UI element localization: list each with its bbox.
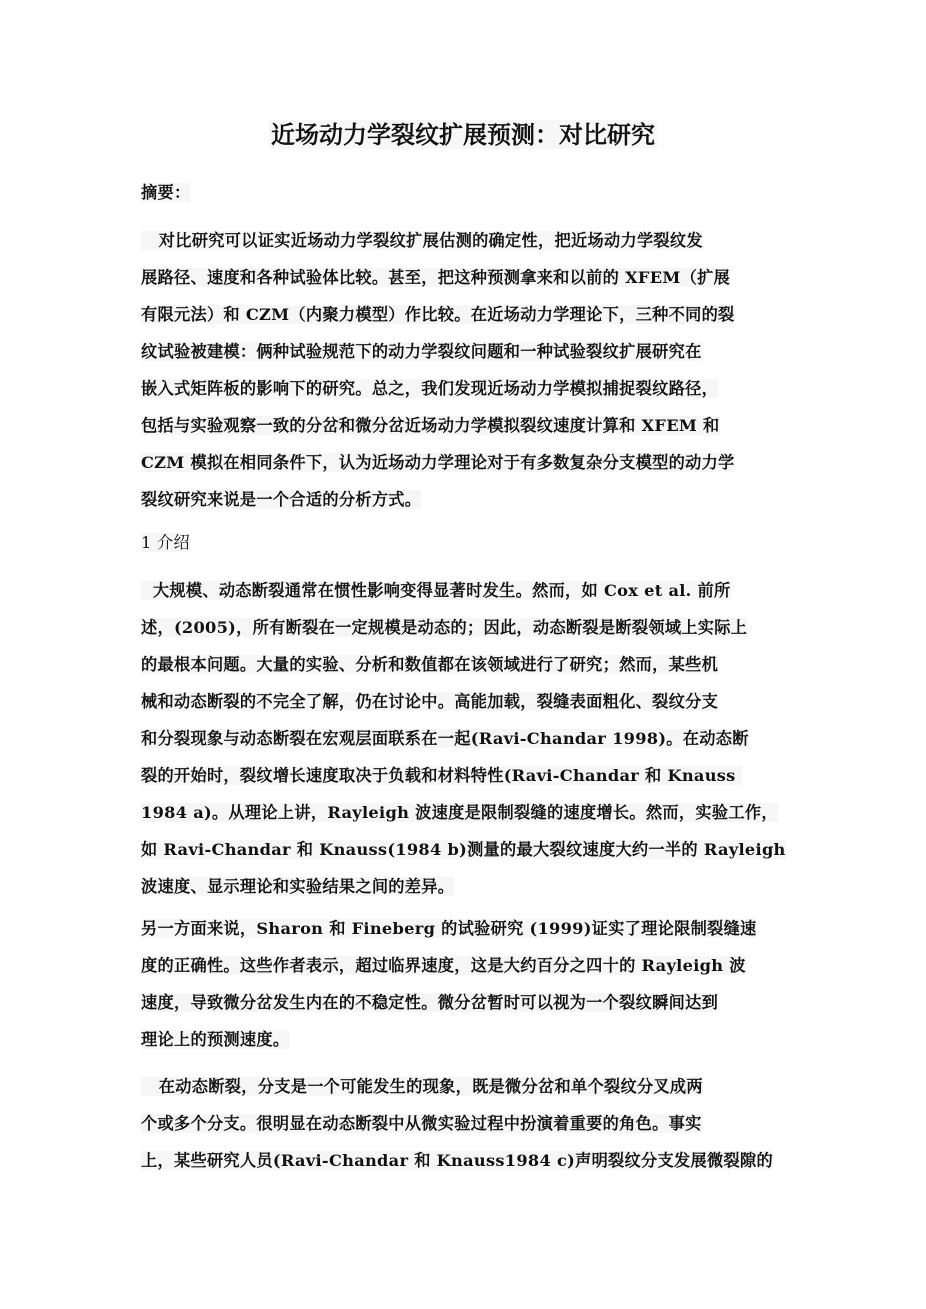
text-line: 如 Ravi-Chandar 和 Knauss(1984 b)测量的最大裂纹速度… bbox=[141, 831, 793, 868]
intro-paragraph-3: 在动态断裂，分支是一个可能发生的现象，既是微分岔和单个裂纹分叉成两 个或多个分支… bbox=[141, 1068, 793, 1179]
text-line: 裂纹研究来说是一个合适的分析方式。 bbox=[141, 481, 793, 518]
text-line: 1984 a)。从理论上讲，Rayleigh 波速度是限制裂缝的速度增长。然而，… bbox=[141, 794, 793, 831]
document-title: 近场动力学裂纹扩展预测：对比研究 bbox=[0, 118, 926, 152]
section-heading-introduction: 1 介绍 bbox=[141, 524, 793, 561]
text-line: CZM 模拟在相同条件下，认为近场动力学理论对于有多数复杂分支模型的动力学 bbox=[141, 444, 793, 481]
text-line: 大规模、动态断裂通常在惯性影响变得显著时发生。然而，如 Cox et al. 前… bbox=[141, 572, 793, 609]
text-line: 个或多个分支。很明显在动态断裂中从微实验过程中扮演着重要的角色。事实 bbox=[141, 1105, 793, 1142]
text-line: 的最根本问题。大量的实验、分析和数值都在该领域进行了研究；然而，某些机 bbox=[141, 646, 793, 683]
abstract-paragraph: 对比研究可以证实近场动力学裂纹扩展估测的确定性，把近场动力学裂纹发 展路径、速度… bbox=[141, 222, 793, 518]
text-line: 述，(2005)，所有断裂在一定规模是动态的；因此，动态断裂是断裂领域上实际上 bbox=[141, 609, 793, 646]
text-line: 对比研究可以证实近场动力学裂纹扩展估测的确定性，把近场动力学裂纹发 bbox=[141, 222, 793, 259]
text-line: 理论上的预测速度。 bbox=[141, 1021, 793, 1058]
text-line: 包括与实验观察一致的分岔和微分岔近场动力学模拟裂纹速度计算和 XFEM 和 bbox=[141, 407, 793, 444]
text-line: 上，某些研究人员(Ravi-Chandar 和 Knauss1984 c)声明裂… bbox=[141, 1142, 793, 1179]
text-line: 另一方面来说，Sharon 和 Fineberg 的试验研究 (1999)证实了… bbox=[141, 910, 793, 947]
document-page: 近场动力学裂纹扩展预测：对比研究 摘要： 对比研究可以证实近场动力学裂纹扩展估测… bbox=[0, 0, 926, 1309]
text-line: 展路径、速度和各种试验体比较。甚至，把这种预测拿来和以前的 XFEM（扩展 bbox=[141, 259, 793, 296]
text-line: 在动态断裂，分支是一个可能发生的现象，既是微分岔和单个裂纹分叉成两 bbox=[141, 1068, 793, 1105]
text-line: 度的正确性。这些作者表示，超过临界速度，这是大约百分之四十的 Rayleigh … bbox=[141, 947, 793, 984]
intro-paragraph-1: 大规模、动态断裂通常在惯性影响变得显著时发生。然而，如 Cox et al. 前… bbox=[141, 572, 793, 905]
text-line: 械和动态断裂的不完全了解，仍在讨论中。高能加载，裂缝表面粗化、裂纹分支 bbox=[141, 683, 793, 720]
text-line: 裂的开始时，裂纹增长速度取决于负载和材料特性(Ravi-Chandar 和 Kn… bbox=[141, 757, 793, 794]
text-line: 嵌入式矩阵板的影响下的研究。总之，我们发现近场动力学模拟捕捉裂纹路径， bbox=[141, 370, 793, 407]
text-line: 速度，导致微分岔发生内在的不稳定性。微分岔暂时可以视为一个裂纹瞬间达到 bbox=[141, 984, 793, 1021]
text-line: 和分裂现象与动态断裂在宏观层面联系在一起(Ravi-Chandar 1998)。… bbox=[141, 720, 793, 757]
abstract-label: 摘要： bbox=[141, 174, 793, 211]
text-line: 有限元法）和 CZM（内聚力模型）作比较。在近场动力学理论下，三种不同的裂 bbox=[141, 296, 793, 333]
text-line: 纹试验被建模：俩种试验规范下的动力学裂纹问题和一种试验裂纹扩展研究在 bbox=[141, 333, 793, 370]
text-line: 波速度、显示理论和实验结果之间的差异。 bbox=[141, 868, 793, 905]
intro-paragraph-2: 另一方面来说，Sharon 和 Fineberg 的试验研究 (1999)证实了… bbox=[141, 910, 793, 1058]
